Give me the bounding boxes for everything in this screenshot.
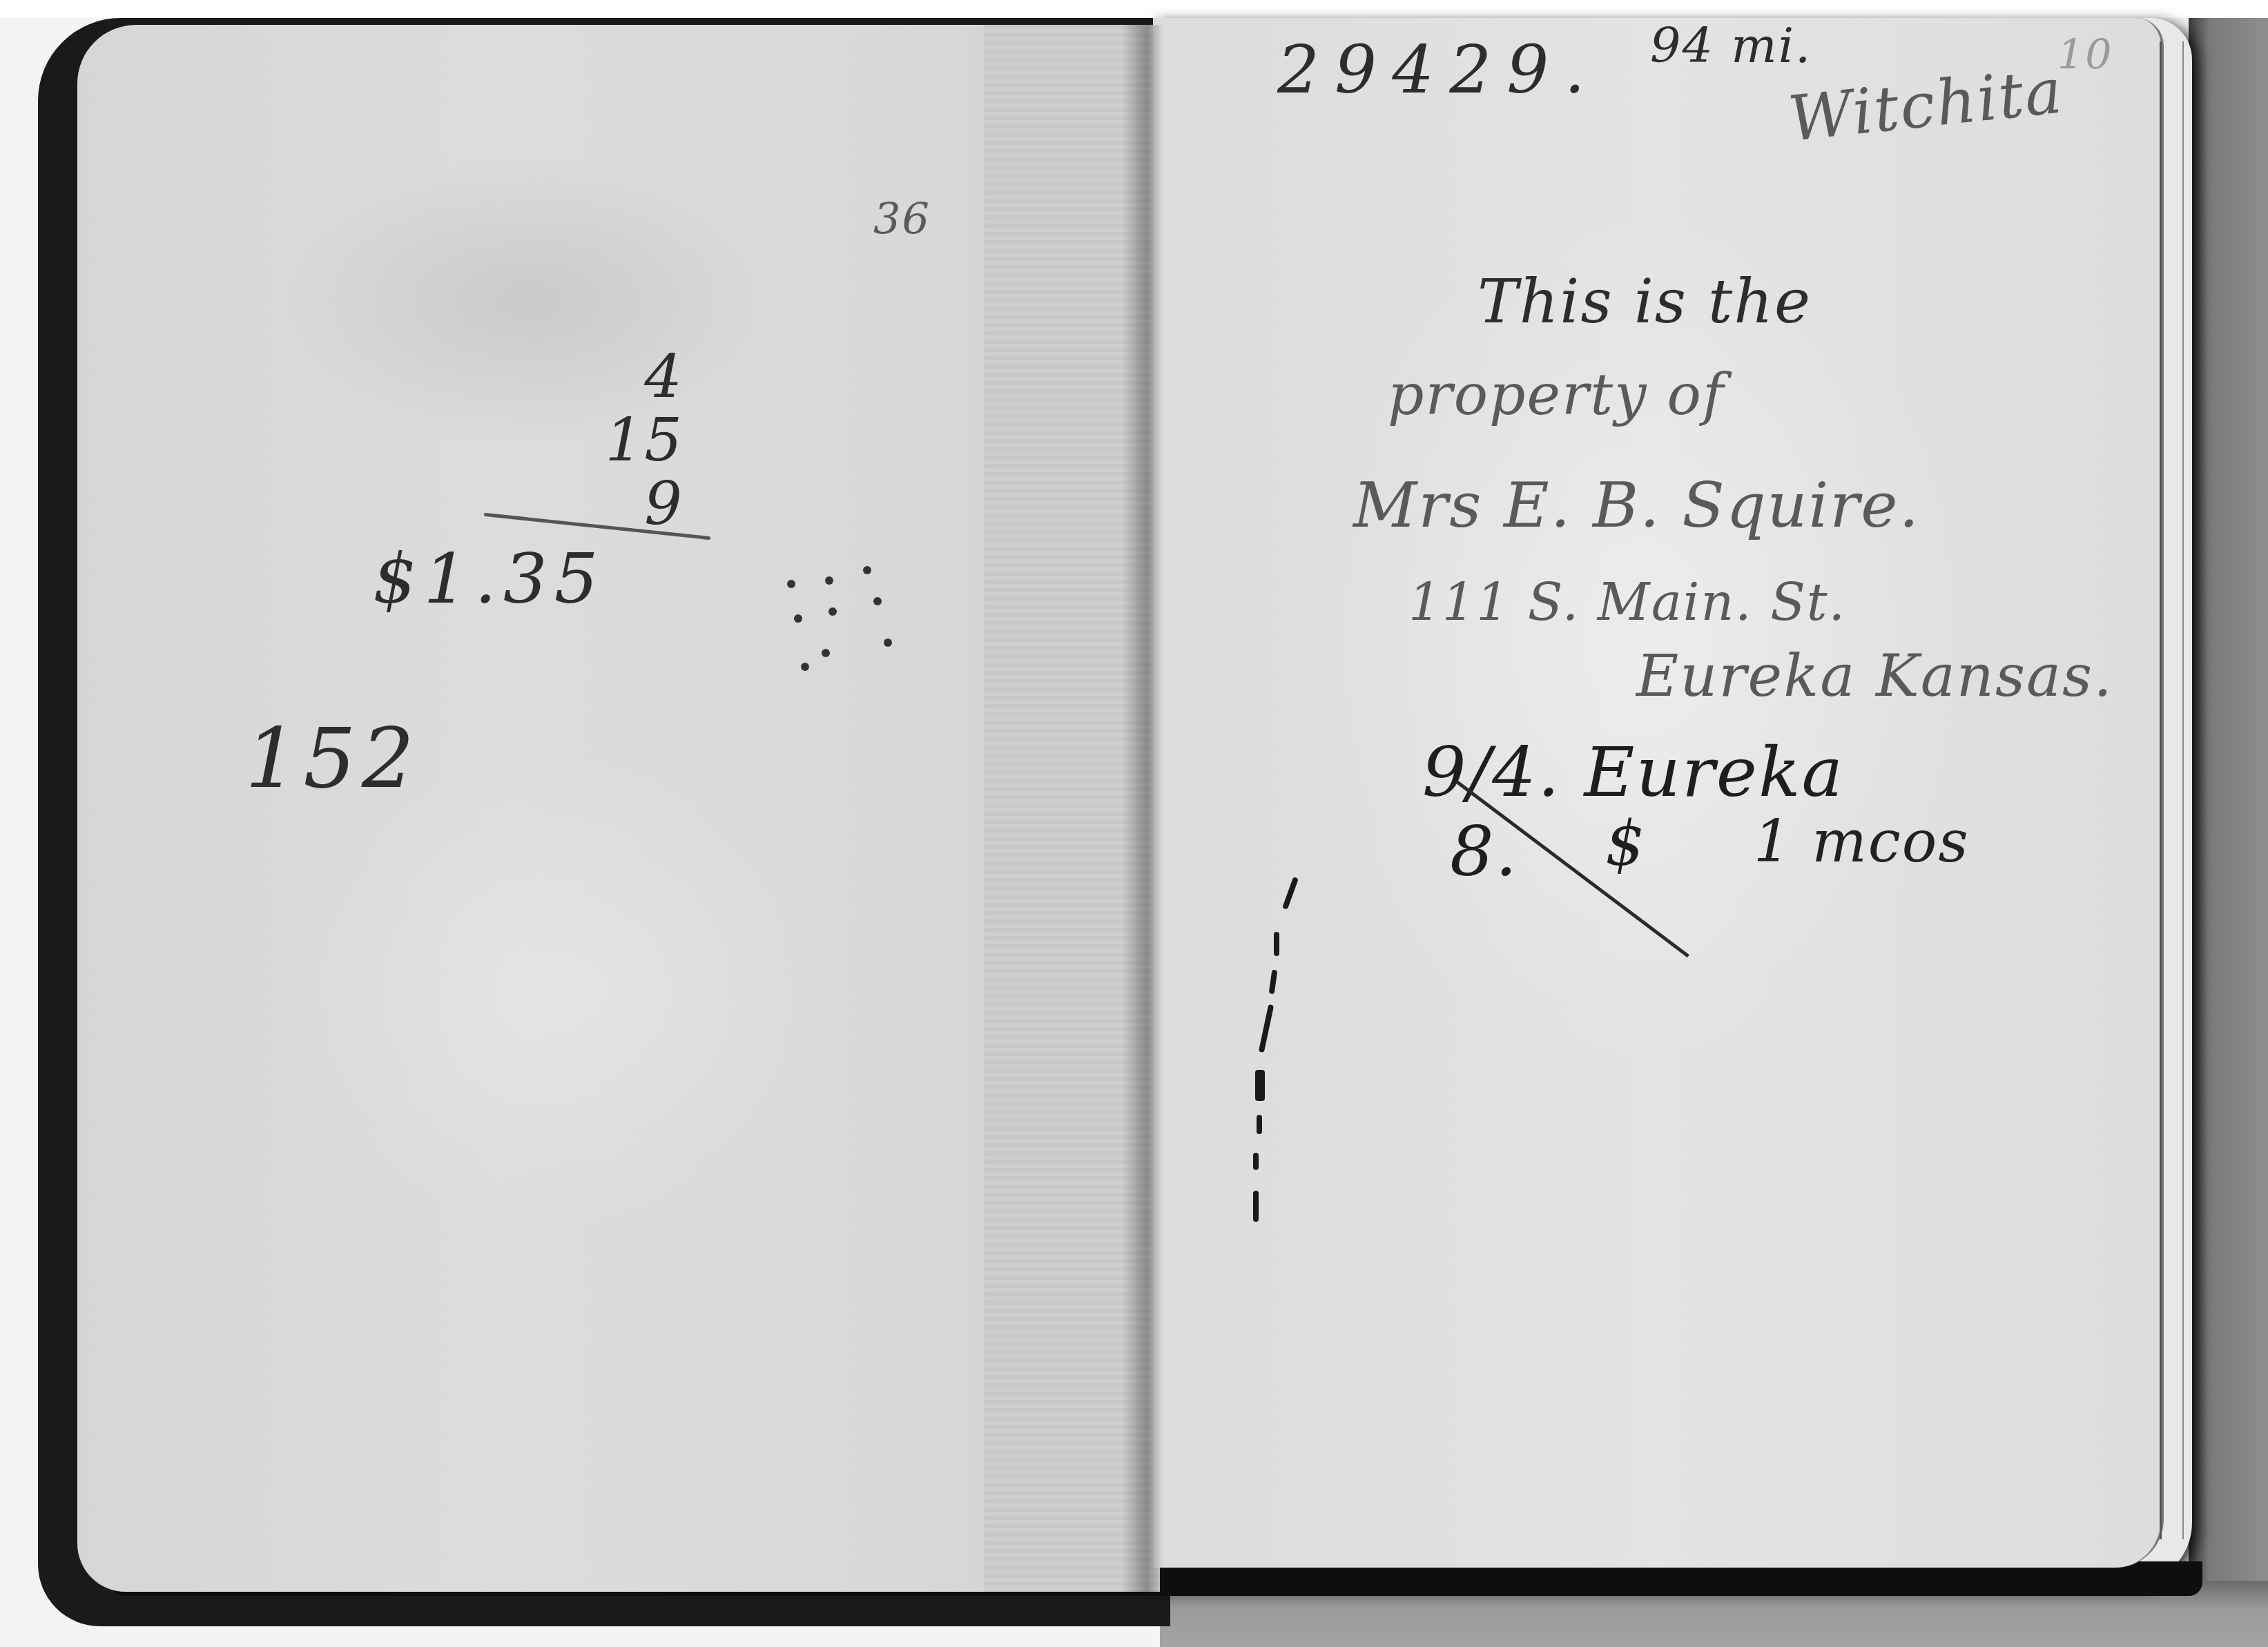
- scan-top-margin: [0, 0, 2268, 18]
- addend: 15: [587, 409, 684, 472]
- dollar-symbol: $: [1605, 808, 1646, 880]
- owner-city-state: Eureka Kansas.: [1636, 642, 2113, 710]
- scanner-backdrop-right: [2189, 18, 2268, 1647]
- left-page: [77, 25, 1137, 1592]
- entry-note: 1 mcos: [1754, 808, 1970, 875]
- owner-street-address: 111 S. Main. St.: [1408, 573, 1846, 632]
- entry-sub-number: 8.: [1450, 811, 1518, 892]
- sum-addends: 4 15 9: [587, 345, 684, 536]
- left-corner-number: 36: [873, 193, 931, 244]
- ownership-line-2: property of: [1388, 362, 1725, 428]
- page-number: 10: [2057, 31, 2113, 79]
- left-bottom-number: 152: [245, 711, 420, 807]
- page-stack-edge: [2160, 41, 2184, 1539]
- entry-place: Eureka: [1584, 732, 1845, 812]
- entry-date: 9/4.: [1422, 732, 1561, 812]
- gutter-shadow: [1122, 25, 1163, 1592]
- ink-specks: [780, 566, 891, 690]
- ownership-line-1: This is the: [1477, 266, 1812, 337]
- scan-left-margin: [0, 18, 38, 1647]
- entry-date-place: 9/4. Eureka: [1422, 732, 1844, 812]
- miles-traveled: 94 mi.: [1650, 17, 1812, 74]
- odometer-reading: 29429.: [1277, 31, 1600, 108]
- addend: 4: [587, 345, 684, 409]
- sum-total: $1.35: [373, 538, 605, 619]
- owner-name: Mrs E. B. Squire.: [1353, 469, 1920, 542]
- dashed-margin-line: [1243, 877, 1312, 1401]
